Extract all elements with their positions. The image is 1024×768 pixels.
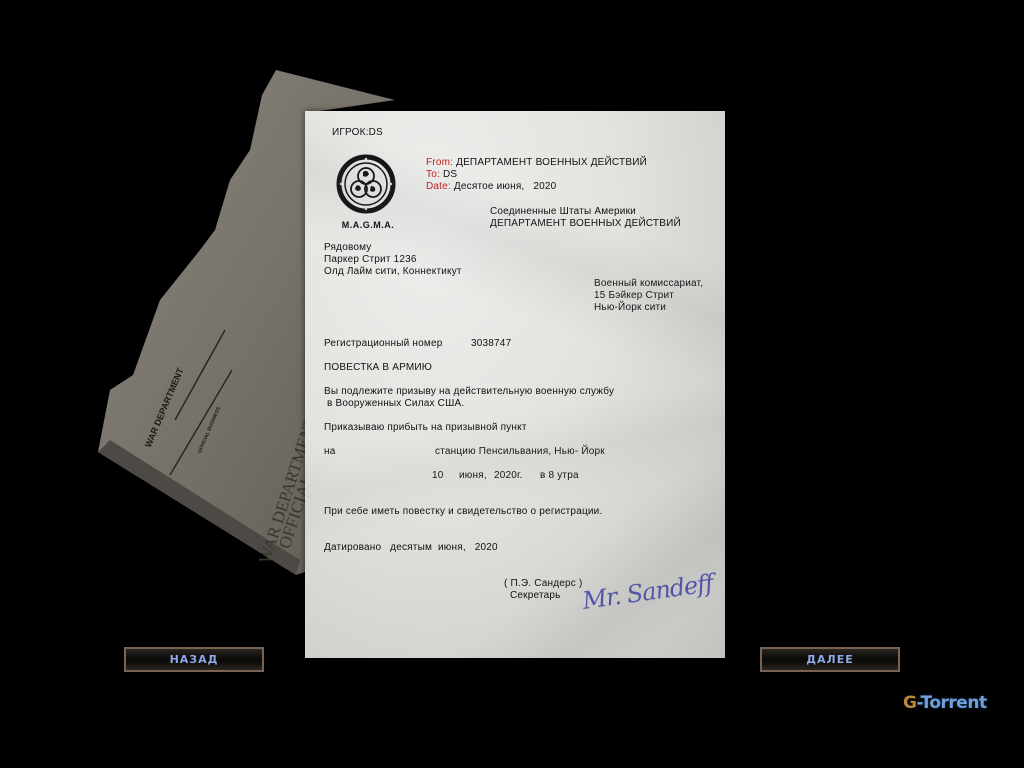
- body-paragraph-2: Приказываю прибыть на призывной пункт: [324, 422, 527, 434]
- dated-line: Датировано десятым июня, 2020: [324, 542, 498, 554]
- next-button[interactable]: ДАЛЕЕ: [760, 647, 900, 672]
- office-line-1: Военный комиссариат,: [594, 278, 703, 290]
- envelope-stamp-title: WAR DEPARTMENT: [143, 366, 186, 448]
- notice-title: ПОВЕСТКА В АРМИЮ: [324, 362, 432, 374]
- handwritten-signature: Mr. Sandeff: [582, 577, 714, 607]
- body-paragraph-1-line-1: Вы подлежите призыву на действительную в…: [324, 386, 614, 398]
- envelope-stamp-official: OFFICIAL BUSINESS: [197, 406, 222, 454]
- draft-notice-document: ИГРОК:DS M.A.G.M.A. From: ДЕПАРТАМЕНТ ВО…: [305, 111, 725, 658]
- date-value: Десятое июня, 2020: [454, 181, 557, 192]
- recipient-line-2: Паркер Стрит 1236: [324, 254, 417, 266]
- back-button[interactable]: НАЗАД: [124, 647, 264, 672]
- body-station: станцию Пенсильвания, Нью- Йорк: [435, 446, 605, 458]
- logo-name: M.A.G.M.A.: [336, 219, 400, 231]
- registration-number: 3038747: [471, 338, 511, 350]
- from-line: From: ДЕПАРТАМЕНТ ВОЕННЫХ ДЕЙСТВИЙ: [426, 157, 647, 169]
- to-value: DS: [443, 169, 457, 180]
- to-label: To:: [426, 169, 440, 180]
- bring-documents: При себе иметь повестку и свидетельство …: [324, 506, 602, 518]
- report-year: 2020г.: [494, 470, 523, 482]
- from-value: ДЕПАРТАМЕНТ ВОЕННЫХ ДЕЙСТВИЙ: [456, 157, 647, 168]
- watermark-g: G: [903, 693, 916, 713]
- office-line-3: Нью-Йорк сити: [594, 302, 666, 314]
- body-on: на: [324, 446, 335, 458]
- body-paragraph-1-line-2: в Вооруженных Силах США.: [324, 398, 464, 410]
- magma-emblem-icon: [336, 154, 396, 214]
- next-button-label: ДАЛЕЕ: [806, 653, 853, 666]
- watermark-rest: -Torrent: [916, 693, 986, 713]
- g-torrent-watermark: G-Torrent: [903, 693, 987, 713]
- player-label: ИГРОК:DS: [332, 127, 383, 139]
- signatory-title: Секретарь: [510, 590, 561, 602]
- magma-logo: M.A.G.M.A.: [336, 154, 396, 234]
- from-label: From:: [426, 157, 453, 168]
- to-line: To: DS: [426, 169, 457, 181]
- date-line: Date: Десятое июня, 2020: [426, 181, 556, 193]
- report-month: июня,: [459, 470, 487, 482]
- recipient-line-1: Рядовому: [324, 242, 372, 254]
- date-label: Date:: [426, 181, 451, 192]
- signatory-name: ( П.Э. Сандерс ): [504, 578, 583, 590]
- issuer-department: ДЕПАРТАМЕНТ ВОЕННЫХ ДЕЙСТВИЙ: [490, 218, 681, 230]
- registration-label: Регистрационный номер: [324, 338, 442, 350]
- report-day: 10: [432, 470, 444, 482]
- issuer-country: Соединенные Штаты Америки: [490, 206, 636, 218]
- recipient-line-3: Олд Лайм сити, Коннектикут: [324, 266, 462, 278]
- report-time: в 8 утра: [540, 470, 579, 482]
- office-line-2: 15 Бэйкер Стрит: [594, 290, 674, 302]
- back-button-label: НАЗАД: [170, 653, 219, 666]
